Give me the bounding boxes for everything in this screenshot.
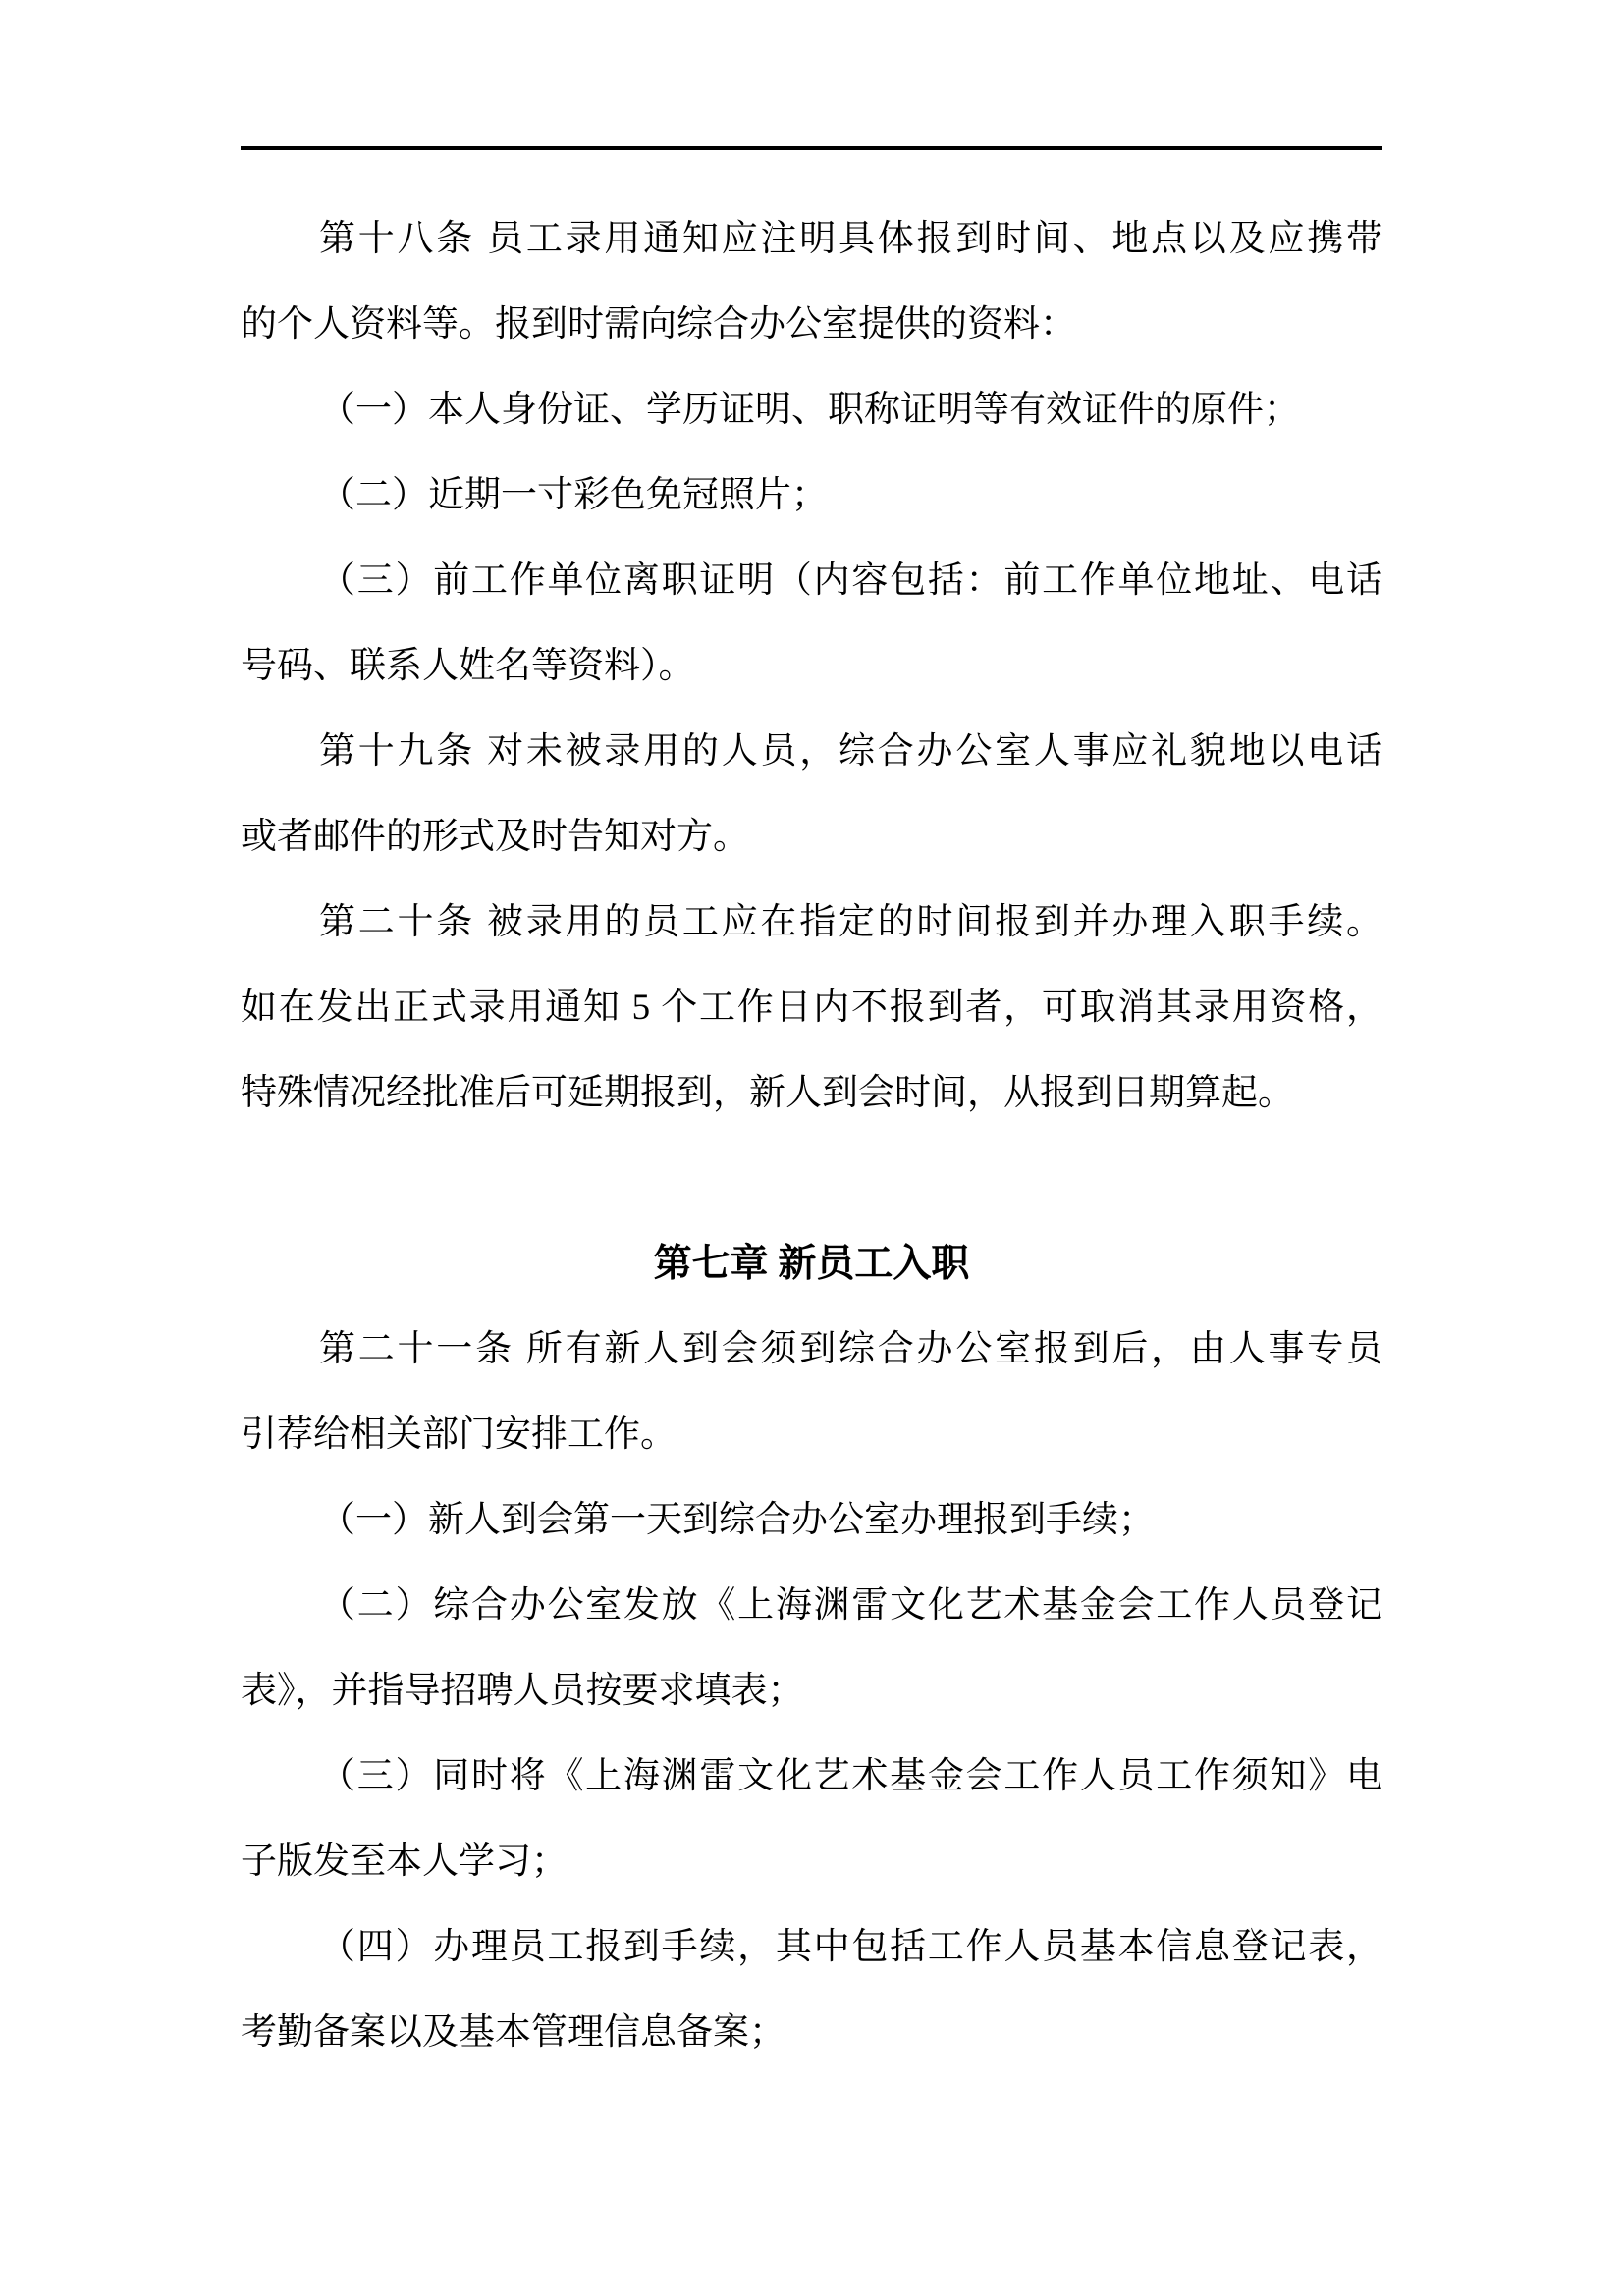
paragraph: （四）办理员工报到手续，其中包括工作人员基本信息登记表，考勤备案以及基本管理信息… <box>241 1904 1382 2075</box>
text-line: 的个人资料等。报到时需向综合办公室提供的资料： <box>241 282 1382 367</box>
text-line: 表》，并指导招聘人员按要求填表； <box>241 1648 1382 1734</box>
text-line: 特殊情况经批准后可延期报到，新人到会时间，从报到日期算起。 <box>241 1050 1382 1136</box>
paragraph: 第二十条 被录用的员工应在指定的时间报到并办理入职手续。如在发出正式录用通知 5… <box>241 880 1382 1136</box>
text-line: （四）办理员工报到手续，其中包括工作人员基本信息登记表， <box>241 1904 1382 1990</box>
chapter-heading: 第七章 新员工入职 <box>241 1221 1382 1307</box>
document-body: 第十八条 员工录用通知应注明具体报到时间、地点以及应携带的个人资料等。报到时需向… <box>241 196 1382 2075</box>
text-line: 引荐给相关部门安排工作。 <box>241 1392 1382 1477</box>
text-line: 第二十条 被录用的员工应在指定的时间报到并办理入职手续。 <box>241 880 1382 965</box>
text-line: 第十九条 对未被录用的人员，综合办公室人事应礼貌地以电话 <box>241 709 1382 794</box>
text-line: （三）同时将《上海渊雷文化艺术基金会工作人员工作须知》电 <box>241 1734 1382 1819</box>
text-line: 如在发出正式录用通知 5 个工作日内不报到者，可取消其录用资格， <box>241 965 1382 1050</box>
paragraph: 第二十一条 所有新人到会须到综合办公室报到后，由人事专员引荐给相关部门安排工作。 <box>241 1307 1382 1477</box>
paragraph: （三）前工作单位离职证明（内容包括：前工作单位地址、电话号码、联系人姓名等资料）… <box>241 538 1382 709</box>
paragraph: 第十八条 员工录用通知应注明具体报到时间、地点以及应携带的个人资料等。报到时需向… <box>241 196 1382 367</box>
paragraph: （一）新人到会第一天到综合办公室办理报到手续； <box>241 1477 1382 1563</box>
text-line: （二）近期一寸彩色免冠照片； <box>241 453 1382 538</box>
text-line: 子版发至本人学习； <box>241 1819 1382 1904</box>
text-line: （三）前工作单位离职证明（内容包括：前工作单位地址、电话 <box>241 538 1382 623</box>
paragraph: （一）本人身份证、学历证明、职称证明等有效证件的原件； <box>241 367 1382 453</box>
paragraph: （二）综合办公室发放《上海渊雷文化艺术基金会工作人员登记表》，并指导招聘人员按要… <box>241 1563 1382 1734</box>
text-line: （一）本人身份证、学历证明、职称证明等有效证件的原件； <box>241 367 1382 453</box>
text-line: 考勤备案以及基本管理信息备案； <box>241 1990 1382 2075</box>
paragraph: 第十九条 对未被录用的人员，综合办公室人事应礼貌地以电话或者邮件的形式及时告知对… <box>241 709 1382 880</box>
paragraph: （三）同时将《上海渊雷文化艺术基金会工作人员工作须知》电子版发至本人学习； <box>241 1734 1382 1904</box>
heading-line: 第七章 新员工入职 <box>241 1221 1382 1307</box>
text-line: 第十八条 员工录用通知应注明具体报到时间、地点以及应携带 <box>241 196 1382 282</box>
text-line: 或者邮件的形式及时告知对方。 <box>241 794 1382 880</box>
header-rule <box>241 146 1382 150</box>
text-line: （二）综合办公室发放《上海渊雷文化艺术基金会工作人员登记 <box>241 1563 1382 1648</box>
text-line: （一）新人到会第一天到综合办公室办理报到手续； <box>241 1477 1382 1563</box>
text-line: 号码、联系人姓名等资料）。 <box>241 623 1382 709</box>
document-page: 第十八条 员工录用通知应注明具体报到时间、地点以及应携带的个人资料等。报到时需向… <box>0 0 1624 2296</box>
text-line: 第二十一条 所有新人到会须到综合办公室报到后，由人事专员 <box>241 1307 1382 1392</box>
paragraph: （二）近期一寸彩色免冠照片； <box>241 453 1382 538</box>
